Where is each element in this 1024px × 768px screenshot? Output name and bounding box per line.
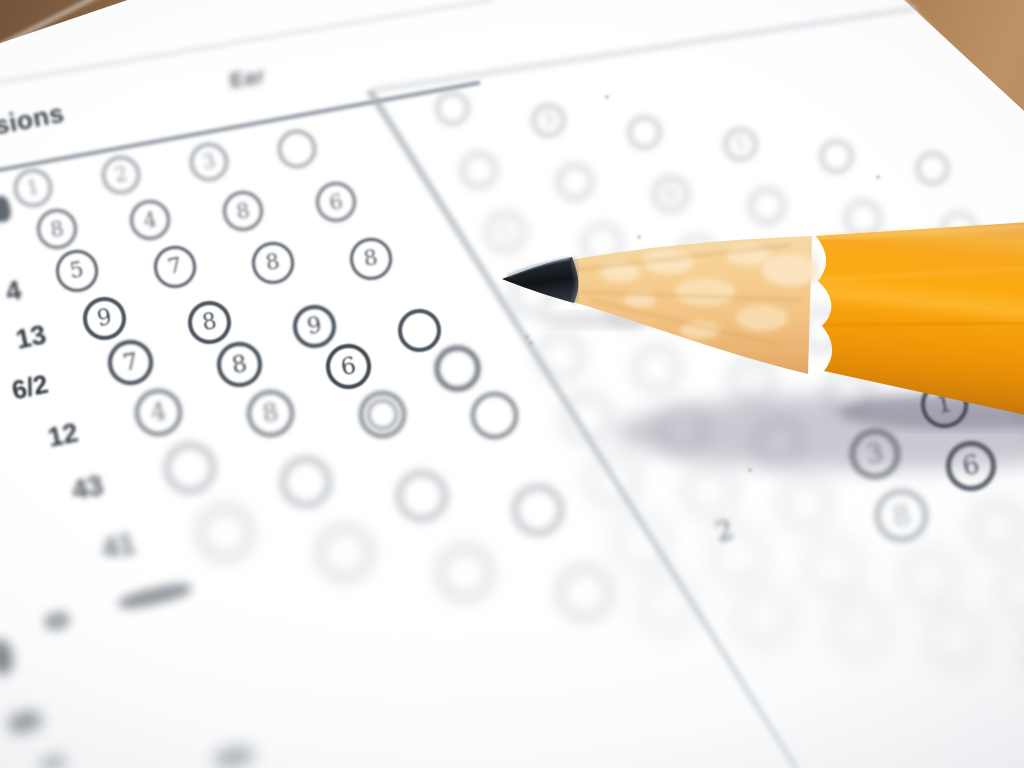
- bubble-digit: 3: [864, 440, 886, 469]
- bubble-digit: 6: [328, 191, 345, 214]
- bubble-digit: 8: [235, 200, 252, 223]
- bubble-digit: 8: [264, 251, 281, 275]
- dust-speck: [876, 175, 880, 179]
- bubble-digit: 1: [25, 177, 41, 199]
- inner-ring: [364, 396, 400, 432]
- row-label: 43: [69, 469, 106, 507]
- bubble-digit: 8: [49, 218, 66, 241]
- bubble-digit: 3: [541, 110, 555, 129]
- dust-speck: [748, 468, 752, 472]
- bubble-digit: 8: [890, 501, 913, 532]
- bubble-digit: 4: [142, 209, 159, 232]
- row-label: 41: [99, 527, 139, 567]
- bubble-digit: 9: [305, 314, 323, 338]
- bubble-digit: 3: [201, 151, 217, 173]
- bubble-digit: 7: [121, 349, 140, 375]
- bubble-digit: 1: [934, 391, 954, 418]
- bubble-digit: 3: [785, 256, 802, 279]
- bubble-digit: 6: [663, 183, 679, 204]
- bubble-digit: 1: [497, 220, 514, 243]
- bubble-digit: 9: [95, 306, 113, 330]
- bubble-digit: 4: [148, 399, 168, 426]
- bubble-digit: 8: [260, 400, 280, 427]
- row-label: 12: [45, 417, 81, 454]
- dust-speck: [525, 335, 529, 339]
- bubble-digit: 5: [68, 259, 85, 283]
- bubble-digit: 6: [339, 353, 358, 379]
- bubble-digit: 1: [733, 134, 747, 153]
- dust-speck: [637, 235, 641, 239]
- photo-scene: sions Ear 2 123848645788139896/278612484…: [0, 0, 1024, 768]
- row-label: 13: [13, 319, 49, 356]
- bubble-digit: 8: [230, 351, 249, 377]
- bubble-digit: 7: [166, 255, 183, 279]
- bubble-digit: 6: [960, 452, 982, 481]
- dust-speck: [605, 95, 609, 99]
- bubble-digit: 6: [620, 294, 639, 319]
- bubble-digit: 8: [362, 247, 379, 271]
- bubble-digit: 3: [742, 367, 762, 394]
- bubble-digit: 8: [200, 310, 218, 334]
- dust-speck: [529, 341, 533, 345]
- bubble-digit: 2: [113, 164, 129, 186]
